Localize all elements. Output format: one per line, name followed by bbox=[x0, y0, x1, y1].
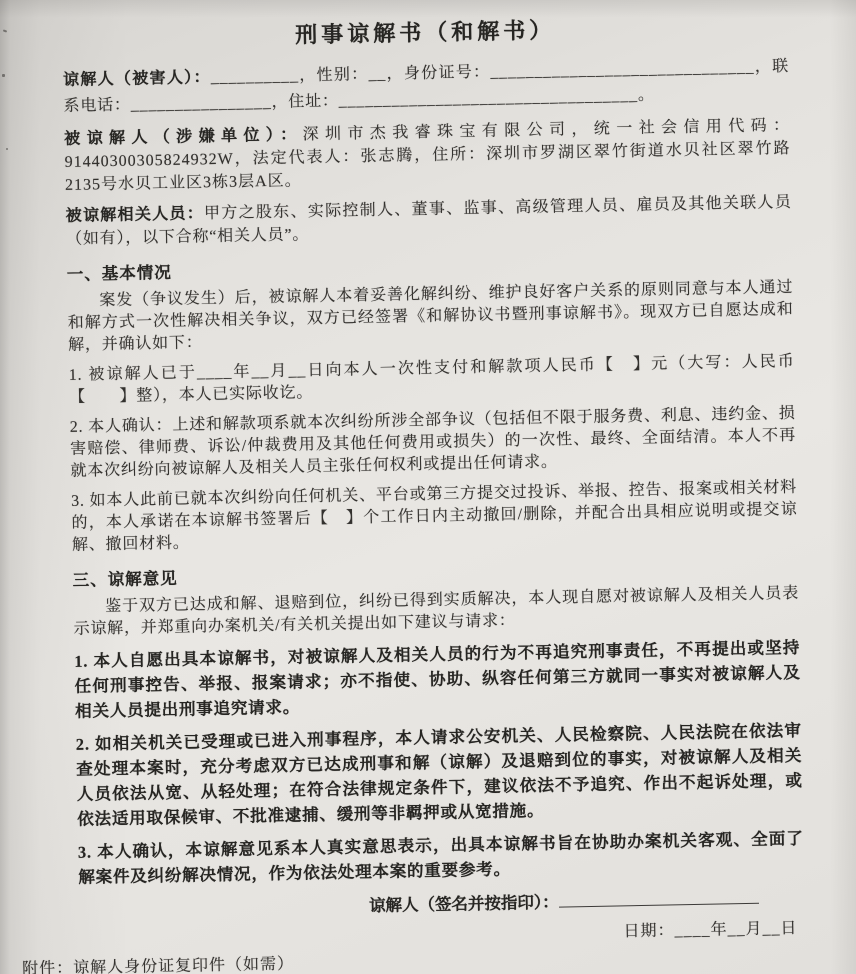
suspect-label: 被谅解人（涉嫌单位）： bbox=[64, 126, 303, 148]
section3-item-2: 2. 如相关机关已受理或已进入刑事程序，本人请求公安机关、人民检察院、人民法院在… bbox=[76, 718, 804, 832]
settlement-document: 刑事谅解书（和解书） 谅解人（被害人）：__________，性别：__，身份证… bbox=[0, 0, 856, 974]
section3-item-1: 1. 本人自愿出具本谅解书，对被谅解人及相关人员的行为不再追究刑事责任，不再提出… bbox=[74, 635, 801, 724]
section3-item-3: 3. 本人确认，本谅解意见系本人真实意思表示，出具本谅解书旨在协助办案机关客观、… bbox=[78, 826, 805, 890]
section3-intro: 鉴于双方已达成和解、退赔到位，纠纷已得到实质解决，本人现自愿对被谅解人及相关人员… bbox=[73, 583, 800, 641]
section1-item-3: 3. 如本人此前已就本次纠纷向任何机关、平台或第三方提交过投诉、举报、控告、报案… bbox=[71, 477, 798, 557]
section1-item-2: 2. 本人确认：上述和解款项系就本次纠纷所涉全部争议（包括但不限于服务费、利息、… bbox=[70, 403, 797, 483]
signature-label: 谅解人（签名并按指印）： bbox=[369, 893, 559, 916]
section1-item-1: 1. 被谅解人已于____年__月__日向本人一次性支付和解款项人民币【 】元（… bbox=[69, 351, 796, 409]
document-title: 刑事谅解书（和解书） bbox=[62, 9, 788, 54]
signature-blank-line bbox=[558, 888, 758, 908]
victim-info-line: 谅解人（被害人）：__________，性别：__，身份证号：_________… bbox=[63, 54, 790, 120]
section1-intro: 案发（争议发生）后，被谅解人本着妥善化解纠纷、维护良好客户关系的原则同意与本人通… bbox=[67, 277, 794, 357]
date-label: 日期：____年__月__日 bbox=[623, 920, 797, 940]
related-persons-label: 被谅解相关人员： bbox=[66, 205, 205, 225]
suspect-info-paragraph: 被谅解人（涉嫌单位）：深圳市杰我睿珠宝有限公司，统一社会信用代码：9144030… bbox=[64, 114, 791, 197]
victim-label: 谅解人（被害人）： bbox=[63, 69, 211, 89]
signature-row: 谅解人（签名并按指印）： bbox=[369, 886, 805, 918]
related-persons-paragraph: 被谅解相关人员：甲方之股东、实际控制人、董事、监事、高级管理人员、雇员及其他关联… bbox=[65, 191, 792, 251]
